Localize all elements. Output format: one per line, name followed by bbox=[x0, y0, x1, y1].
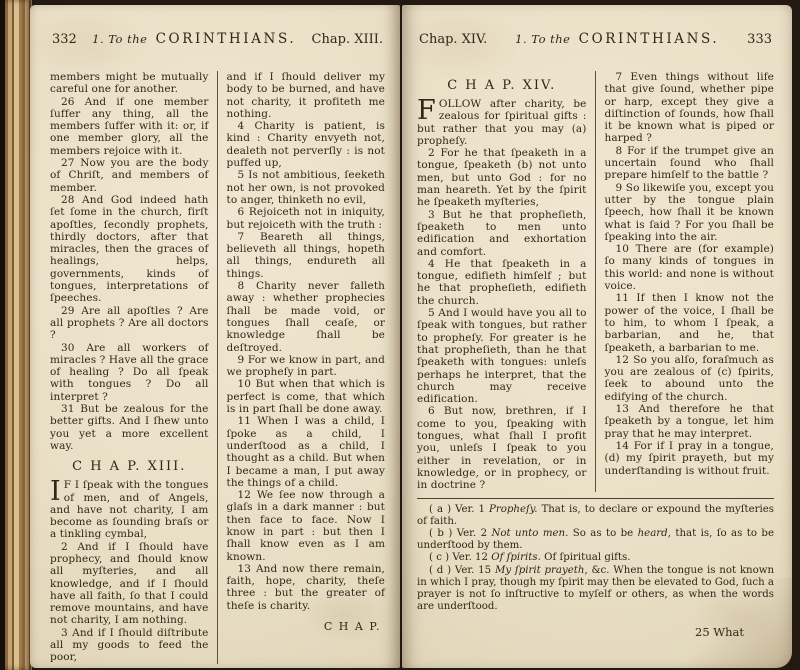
right-chapter-label: Chap. XIV. bbox=[419, 32, 487, 47]
book-scan-photo: 332 1. To the CORINTHIANS. Chap. XIII. m… bbox=[0, 0, 800, 670]
verse-paragraph: 11 If then I know not the power of the v… bbox=[605, 292, 775, 353]
left-chapter-label: Chap. XIII. bbox=[312, 32, 383, 47]
left-page-number: 332 bbox=[52, 32, 77, 47]
left-page-column-1: members might be mutually careful one fo… bbox=[50, 71, 218, 664]
verse-paragraph: FOLLOW after charity, be zealous for ſpi… bbox=[417, 98, 587, 147]
verse-paragraph: 2 And if I ſhould have prophecy, and ſho… bbox=[50, 541, 209, 627]
running-title-prefix: 1. To the bbox=[515, 32, 570, 46]
verse-paragraph: 12 So you alſo, foraſmuch as you are zea… bbox=[605, 354, 775, 403]
left-page: 332 1. To the CORINTHIANS. Chap. XIII. m… bbox=[30, 5, 400, 668]
verse-paragraph: 13 And therefore he that ſpeaketh by a t… bbox=[605, 403, 775, 440]
verse-paragraph: 7 Beareth all things, believeth all thin… bbox=[227, 231, 386, 280]
right-page-column-2: 7 Even things without life that give ſou… bbox=[596, 71, 775, 492]
verse-paragraph: 27 Now you are the body of Chriſt, and m… bbox=[50, 157, 209, 194]
verse-paragraph: 14 For if I pray in a tongue, (d) my ſpi… bbox=[605, 440, 775, 477]
verse-paragraph: 11 When I was a child, I ſpoke as a chil… bbox=[227, 415, 386, 489]
verse-paragraph: 8 Charity never falleth away : whether p… bbox=[227, 280, 386, 354]
left-running-title: 1. To the CORINTHIANS. bbox=[77, 31, 312, 47]
verse-paragraph: 7 Even things without life that give ſou… bbox=[605, 71, 775, 145]
verse-paragraph: 9 So likewiſe you, except you utter by t… bbox=[605, 182, 775, 243]
verse-paragraph: 31 But be zealous for the better gifts. … bbox=[50, 403, 209, 452]
verse-paragraph: members might be mutually careful one fo… bbox=[50, 71, 209, 96]
verse-paragraph: 4 Charity is patient, is kind : Charity … bbox=[227, 120, 386, 169]
footnote: ( b ) Ver. 2 Not unto men. So as to be h… bbox=[417, 528, 774, 552]
verse-paragraph: 3 And if I ſhould diſtribute all my good… bbox=[50, 627, 209, 664]
verse-paragraph: 6 Rejoiceth not in iniquity, but rejoice… bbox=[227, 206, 386, 231]
right-page-columns: C H A P. XIV.FOLLOW after charity, be ze… bbox=[417, 71, 774, 492]
verse-paragraph: 30 Are all workers of miracles ? Have al… bbox=[50, 342, 209, 403]
verse-paragraph: 12 We ſee now through a glaſs in a dark … bbox=[227, 489, 386, 563]
verse-paragraph: 13 And now there remain, faith, hope, ch… bbox=[227, 563, 386, 612]
verse-paragraph: 10 There are (for example) ſo many kinds… bbox=[605, 243, 775, 292]
verse-paragraph: 4 He that ſpeaketh in a tongue, edifieth… bbox=[417, 258, 587, 307]
running-title-main: CORINTHIANS. bbox=[156, 31, 297, 47]
drop-cap: F bbox=[417, 98, 439, 122]
right-page-number: 333 bbox=[747, 32, 772, 47]
verse-paragraph: IF I ſpeak with the tongues of men, and … bbox=[50, 479, 209, 540]
verse-paragraph: 6 But now, brethren, if I come to you, ſ… bbox=[417, 405, 587, 491]
right-running-title: 1. To the CORINTHIANS. bbox=[487, 31, 747, 47]
footnote: ( d ) Ver. 15 My ſpirit prayeth, &c. Whe… bbox=[417, 565, 774, 614]
chapter-heading: C H A P. XIII. bbox=[50, 459, 209, 474]
left-page-column-2: and if I ſhould deliver my body to be bu… bbox=[218, 71, 386, 664]
verse-paragraph: 28 And God indeed hath ſet ſome in the c… bbox=[50, 194, 209, 305]
right-page-column-1: C H A P. XIV.FOLLOW after charity, be ze… bbox=[417, 71, 596, 492]
footnote: ( a ) Ver. 1 Propheſy. That is, to decla… bbox=[417, 504, 774, 528]
footnotes-block: ( a ) Ver. 1 Propheſy. That is, to decla… bbox=[417, 504, 774, 614]
running-title-prefix: 1. To the bbox=[92, 32, 147, 46]
verse-paragraph: 5 And I would have you all to ſpeak with… bbox=[417, 307, 587, 405]
verse-paragraph: 29 Are all apoſtles ? Are all prophets ?… bbox=[50, 305, 209, 342]
verse-paragraph: 2 For he that ſpeaketh in a tongue, ſpea… bbox=[417, 147, 587, 208]
drop-cap: I bbox=[50, 479, 64, 503]
book-spine-edge bbox=[5, 0, 32, 670]
verse-paragraph: 26 And if one member ſuffer any thing, a… bbox=[50, 96, 209, 157]
chapter-heading: C H A P. XIV. bbox=[417, 78, 587, 93]
verse-paragraph: 9 For we know in part, and we propheſy i… bbox=[227, 354, 386, 379]
verse-paragraph: 8 For if the trumpet give an uncertain ſ… bbox=[605, 145, 775, 182]
verse-paragraph: 5 Is not ambitious, ſeeketh not her own,… bbox=[227, 169, 386, 206]
footnote-divider-rule bbox=[417, 498, 774, 499]
left-page-columns: members might be mutually careful one fo… bbox=[50, 71, 385, 664]
signature-catchword: 25 What bbox=[417, 625, 774, 639]
verse-paragraph: 3 But he that propheſieth, ſpeaketh to m… bbox=[417, 209, 587, 258]
running-title-main: CORINTHIANS. bbox=[579, 31, 720, 47]
catchword: C H A P. bbox=[227, 620, 386, 633]
right-page-header: Chap. XIV. 1. To the CORINTHIANS. 333 bbox=[419, 31, 772, 47]
verse-paragraph: and if I ſhould deliver my body to be bu… bbox=[227, 71, 386, 120]
footnote: ( c ) Ver. 12 Of ſpirits. Of ſpiritual g… bbox=[417, 552, 774, 564]
right-page: Chap. XIV. 1. To the CORINTHIANS. 333 C … bbox=[402, 5, 792, 668]
verse-paragraph: 10 But when that which is perfect is com… bbox=[227, 378, 386, 415]
left-page-header: 332 1. To the CORINTHIANS. Chap. XIII. bbox=[52, 31, 383, 47]
